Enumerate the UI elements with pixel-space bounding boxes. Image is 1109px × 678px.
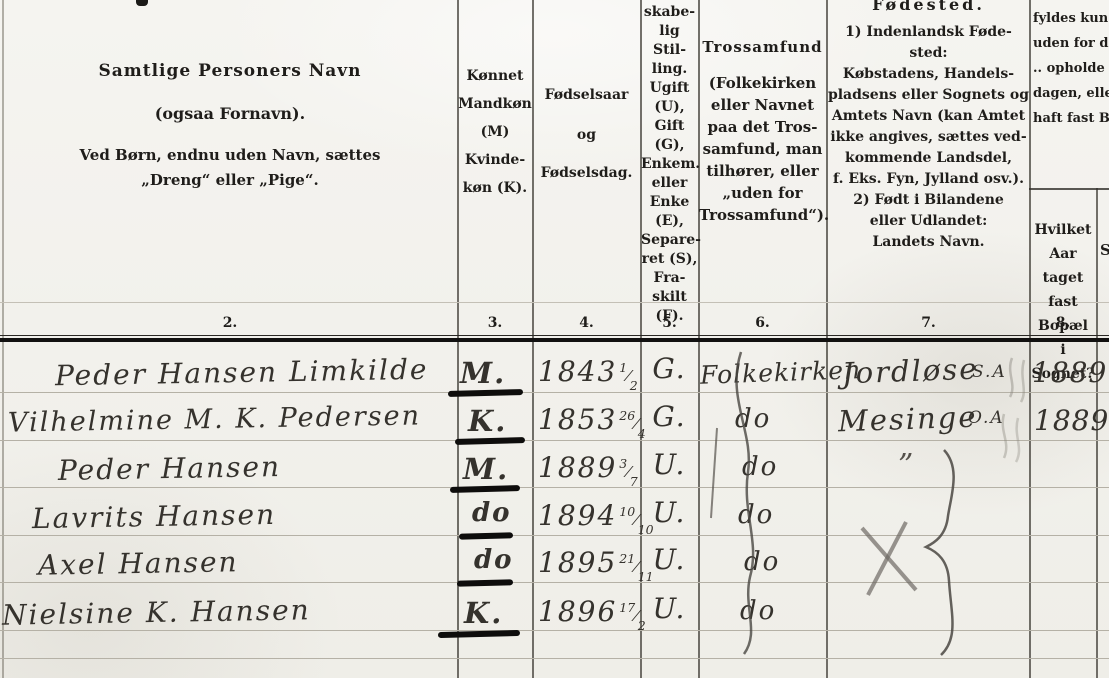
entry-birthdate: 18431⁄2 xyxy=(538,355,638,393)
margin-note-line: uden for de xyxy=(1033,31,1109,56)
header-margin-note: fyldes kun af uden for de .. opholde dag… xyxy=(1033,6,1109,131)
entry-status: G. xyxy=(641,400,698,433)
entry-sex: do xyxy=(472,498,512,528)
header-status-line: Ugift xyxy=(641,79,698,98)
entry-birthdate: 185326⁄4 xyxy=(538,403,646,441)
header-status-line: ret (S), xyxy=(641,250,698,269)
header-sex-line3: (M) xyxy=(458,118,532,146)
entry-settled-year: 1889 xyxy=(1034,404,1109,437)
entry-name: Vilhelmine M. K. Pedersen xyxy=(8,400,421,438)
header-status-line: Enke xyxy=(641,193,698,212)
header-status: skabe- lig Stil- ling. Ugift (U), Gift (… xyxy=(641,3,698,326)
header-birthplace-line: Landets Navn. xyxy=(827,232,1030,253)
entry-name: Peder Hansen xyxy=(58,450,282,487)
header-status-line: (E), xyxy=(641,212,698,231)
margin-note-line: haft fast Bop xyxy=(1033,106,1109,131)
header-birthplace-body: 1) Indenlandsk Føde- sted: Købstadens, H… xyxy=(827,22,1030,253)
entry-birthdate: 189410⁄10 xyxy=(538,499,654,537)
entry-faith: do xyxy=(735,404,771,434)
header-sex-line1: Kønnet xyxy=(458,62,532,90)
entry-faith: do xyxy=(744,547,780,577)
header-names-sub3: „Dreng“ eller „Pige“. xyxy=(5,173,455,188)
sex-underline-mark xyxy=(455,437,525,445)
header-status-line: Fra- xyxy=(641,269,698,288)
entry-county-abbrev: O.A xyxy=(968,408,1005,428)
header-faith-line: tilhører, eller xyxy=(699,160,826,182)
header-double-rule-thick xyxy=(0,338,1109,342)
col-number-8: 8. xyxy=(1029,315,1097,331)
birth-day-fraction: 1⁄2 xyxy=(619,360,637,393)
header-faith-line: „uden for xyxy=(699,182,826,204)
entry-sex: M. xyxy=(463,452,509,486)
table-row: Peder Hansen M. 18893⁄7 U. do ” xyxy=(0,446,1109,494)
header-names-sub2: Ved Børn, endnu uden Navn, sættes xyxy=(5,148,455,163)
margin-note-line: dagen, elle xyxy=(1033,81,1109,106)
entry-faith: do xyxy=(740,596,776,626)
header-status-line: lig Stil- xyxy=(641,22,698,60)
header-faith-line: Trossamfund“). xyxy=(699,204,826,226)
margin-note-line: .. opholde xyxy=(1033,56,1109,81)
header-status-line: Separe- xyxy=(641,231,698,250)
header-number-row-rule xyxy=(0,302,1109,303)
col-number-5: 5. xyxy=(641,315,698,331)
header-birthplace-line: kommende Landsdel, xyxy=(827,148,1030,169)
settled-box-top-rule xyxy=(1029,188,1109,190)
entry-faith: do xyxy=(742,452,778,482)
header-settled-line: Hvilket xyxy=(1029,218,1097,242)
entry-name: Peder Hansen Limkilde xyxy=(55,353,429,393)
col-number-4: 4. xyxy=(533,315,640,331)
header-status-line: skabe- xyxy=(641,3,698,22)
header-birth-line2: og xyxy=(533,128,640,142)
header-names-title: Samtlige Personers Navn xyxy=(5,63,455,80)
header-sex-line4: Kvinde- xyxy=(458,146,532,174)
header-status-line: Enkem. xyxy=(641,155,698,174)
header-birthplace-title: Fødested. xyxy=(827,0,1030,13)
sex-underline-mark xyxy=(450,485,520,493)
header-birthplace-line: Købstadens, Handels- xyxy=(827,64,1030,85)
col-number-3: 3. xyxy=(458,315,532,331)
ink-speck xyxy=(136,0,148,6)
header-birthplace-line: sted: xyxy=(827,43,1030,64)
birth-year: 1895 xyxy=(538,546,617,579)
header-sex-line2: Mandkøn xyxy=(458,90,532,118)
entry-birthplace: Jordløse xyxy=(841,352,978,391)
entry-status: U. xyxy=(641,448,698,481)
header-faith-line: paa det Tros- xyxy=(699,116,826,138)
col-number-7: 7. xyxy=(827,315,1030,331)
header-birthplace-line: ikke angives, sættes ved- xyxy=(827,127,1030,148)
header-birth-line1: Fødselsaar xyxy=(533,88,640,102)
birth-year: 1889 xyxy=(538,451,617,484)
table-row: Vilhelmine M. K. Pedersen K. 185326⁄4 G.… xyxy=(0,398,1109,446)
header-status-line: (U), xyxy=(641,98,698,117)
birth-year: 1843 xyxy=(538,355,617,388)
header-status-line: ling. xyxy=(641,60,698,79)
census-form-scan: Samtlige Personers Navn (ogsaa Fornavn).… xyxy=(0,0,1109,678)
header-sex-line5: køn (K). xyxy=(458,174,532,202)
table-row: Axel Hansen do 189521⁄11 U. do xyxy=(0,541,1109,589)
entry-county-abbrev: S.A xyxy=(972,362,1007,382)
entry-birthdate: 189521⁄11 xyxy=(538,546,654,584)
birth-day-fraction: 3⁄7 xyxy=(619,456,637,489)
entry-sex: do xyxy=(474,545,514,575)
header-faith-line: samfund, man xyxy=(699,138,826,160)
header-settled-line: Aar taget xyxy=(1029,242,1097,290)
next-column-partial-letter: S xyxy=(1100,243,1109,258)
entry-status: U. xyxy=(641,543,698,576)
entry-settled-year: 1889. xyxy=(1032,356,1109,389)
header-birthplace-line: Amtets Navn (kan Amtet xyxy=(827,106,1030,127)
table-row: Lavrits Hansen do 189410⁄10 U. do xyxy=(0,494,1109,542)
header-birthplace-line: 1) Indenlandsk Føde- xyxy=(827,22,1030,43)
birthplace-ditto-mark: ” xyxy=(898,448,915,483)
entry-faith: do xyxy=(738,500,774,530)
header-birth-line3: Fødselsdag. xyxy=(533,166,640,180)
birth-year: 1894 xyxy=(538,499,617,532)
col-number-2: 2. xyxy=(5,315,455,331)
entry-sex: K. xyxy=(468,404,507,438)
header-names-sub1: (ogsaa Fornavn). xyxy=(5,106,455,122)
header-faith-line: eller Navnet xyxy=(699,94,826,116)
entry-status: U. xyxy=(641,496,698,529)
header-faith-line: (Folkekirken xyxy=(699,72,826,94)
birth-year: 1853 xyxy=(538,403,617,436)
entry-name: Axel Hansen xyxy=(38,545,239,581)
header-status-line: skilt xyxy=(641,288,698,307)
table-row: Nielsine K. Hansen K. 189617⁄2 U. do xyxy=(0,588,1109,636)
entry-status: G. xyxy=(641,352,698,385)
col-number-6: 6. xyxy=(699,315,826,331)
sex-underline-mark xyxy=(459,532,513,539)
entry-status: U. xyxy=(641,592,698,625)
entry-faith: Folkekirken xyxy=(700,355,862,390)
header-status-line: Gift (G), xyxy=(641,117,698,155)
margin-note-line: fyldes kun af xyxy=(1033,6,1109,31)
header-birthplace-line: f. Eks. Fyn, Jylland osv.). xyxy=(827,169,1030,190)
table-row: Peder Hansen Limkilde M. 18431⁄2 G. Folk… xyxy=(0,350,1109,398)
entry-birthplace: Mesinge xyxy=(837,400,978,439)
header-faith-body: (Folkekirken eller Navnet paa det Tros- … xyxy=(699,72,826,226)
sex-underline-mark xyxy=(438,630,520,638)
entry-sex: K. xyxy=(464,596,503,630)
header-birthplace-line: 2) Født i Bilandene xyxy=(827,190,1030,211)
entry-birthdate: 189617⁄2 xyxy=(538,595,646,633)
header-double-rule-thin xyxy=(0,335,1109,336)
birth-year: 1896 xyxy=(538,595,617,628)
header-birthplace-line: eller Udlandet: xyxy=(827,211,1030,232)
sex-underline-mark xyxy=(448,389,523,397)
sex-underline-mark xyxy=(457,579,513,586)
header-sex: Kønnet Mandkøn (M) Kvinde- køn (K). xyxy=(458,62,532,202)
entry-birthdate: 18893⁄7 xyxy=(538,451,638,489)
header-status-line: eller xyxy=(641,174,698,193)
entry-name: Nielsine K. Hansen xyxy=(2,593,311,631)
header-birthplace-line: pladsens eller Sognets og xyxy=(827,85,1030,106)
header-faith-title: Trossamfund xyxy=(699,40,826,55)
entry-name: Lavrits Hansen xyxy=(32,498,277,535)
row-rule-7 xyxy=(0,658,1109,659)
entry-sex: M. xyxy=(460,356,506,390)
